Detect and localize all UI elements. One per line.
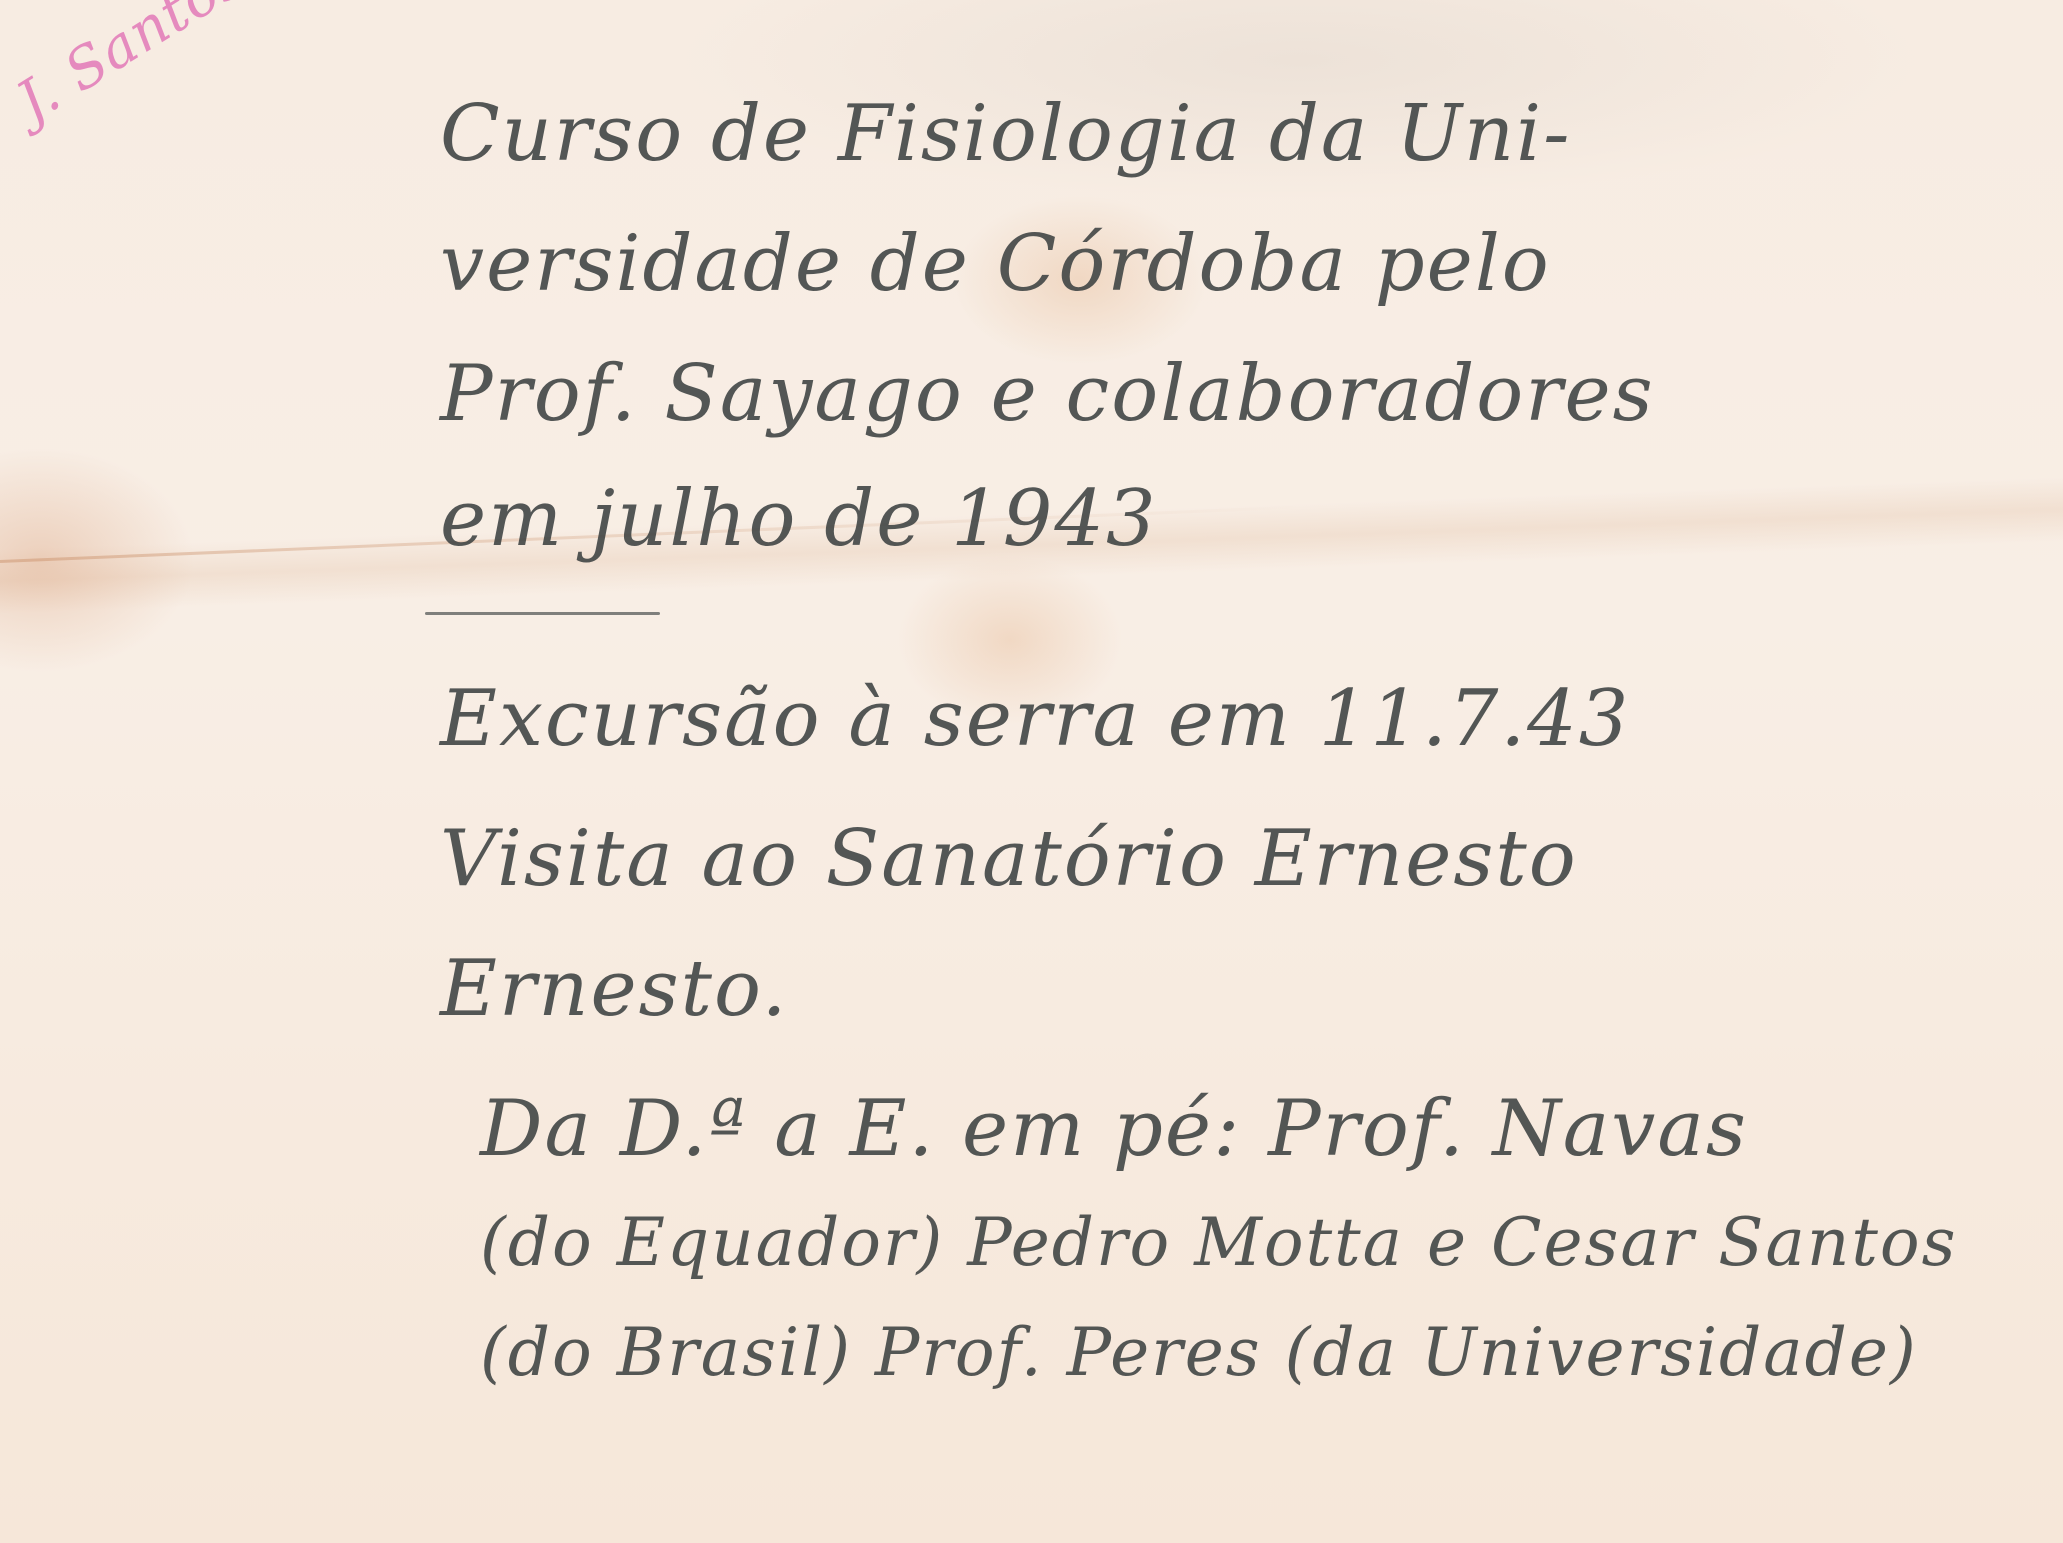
handwritten-line: Prof. Sayago e colaboradores — [440, 355, 1655, 433]
handwritten-line: (do Brasil) Prof. Peres (da Universidade… — [480, 1320, 1918, 1386]
handwritten-line: Ernesto. — [440, 950, 788, 1028]
handwritten-line: (do Equador) Pedro Motta e Cesar Santos — [480, 1210, 1958, 1276]
separator-line — [425, 612, 660, 615]
handwritten-line: Curso de Fisiologia da Uni- — [440, 95, 1571, 173]
handwritten-line: Da D.ª a E. em pé: Prof. Navas — [480, 1090, 1748, 1168]
handwritten-line: versidade de Córdoba pelo — [440, 225, 1551, 303]
document-page: J. Santos Curso de Fisiologia da Uni- ve… — [0, 0, 2063, 1543]
handwritten-line: Visita ao Sanatório Ernesto — [440, 820, 1578, 898]
handwritten-line: Excursão à serra em 11.7.43 — [440, 680, 1630, 758]
handwritten-line: em julho de 1943 — [440, 480, 1158, 558]
pink-annotation: J. Santos — [6, 0, 257, 135]
